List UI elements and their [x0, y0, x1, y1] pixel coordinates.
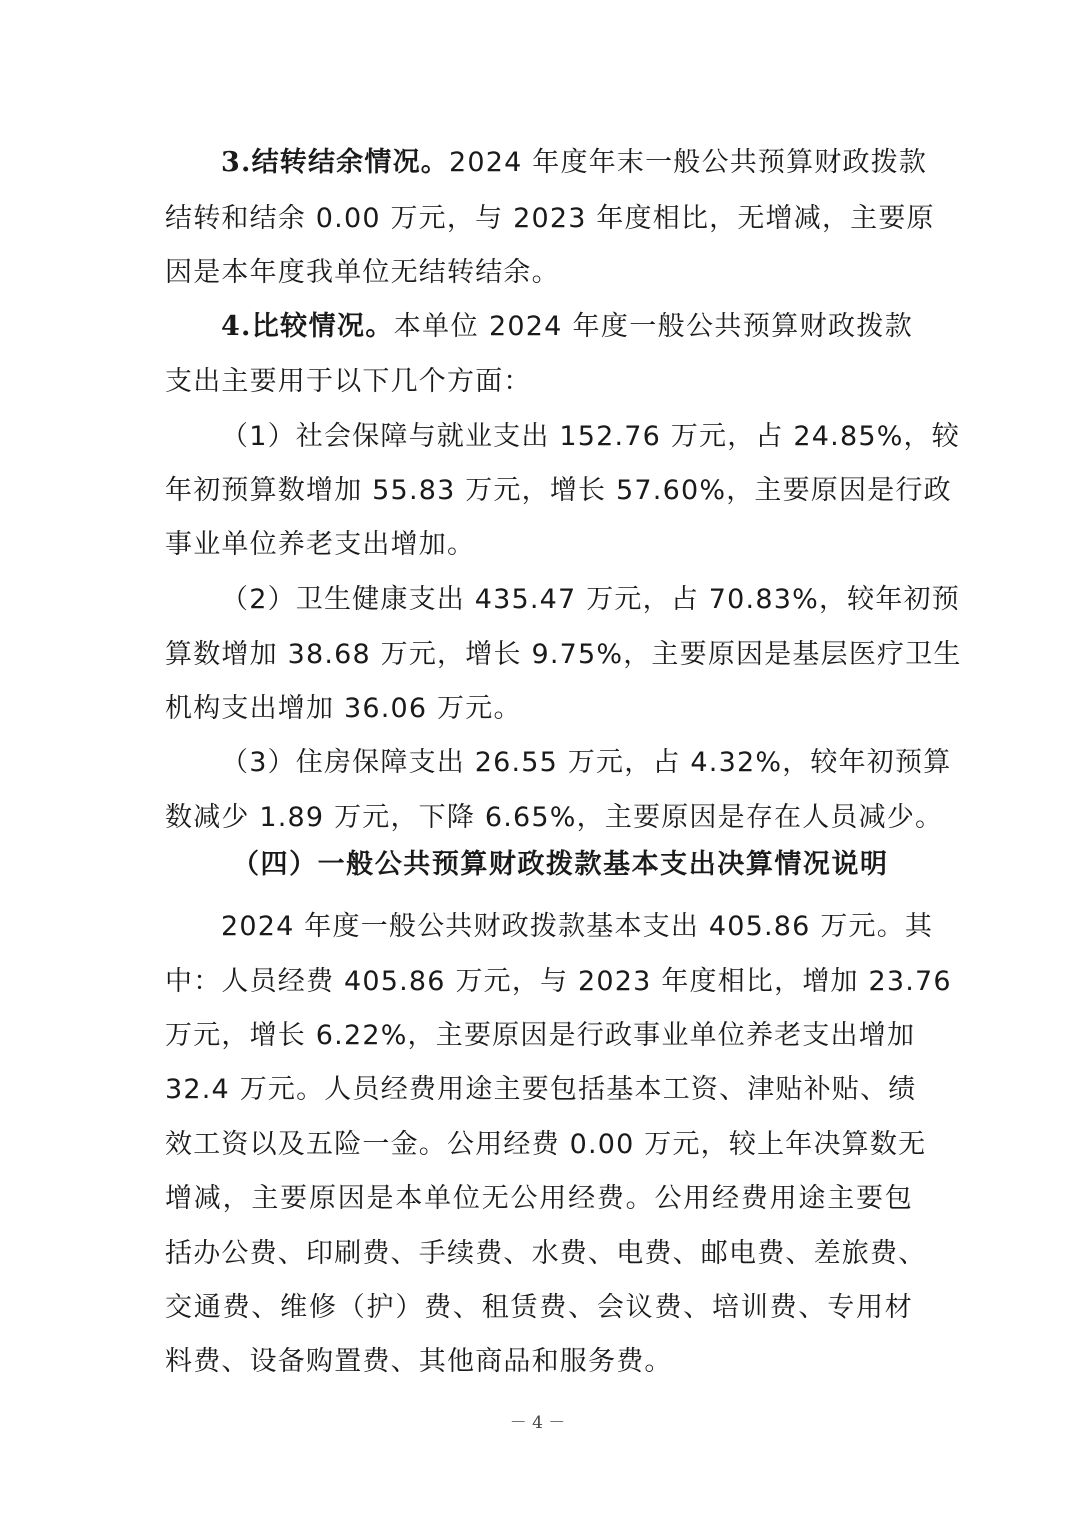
basic-expenditure-line-3: 万元，增长 6.22%，主要原因是行政事业单位养老支出增加	[165, 1019, 913, 1053]
section-heading-basic-expenditure: （四）一般公共预算财政拨款基本支出决算情况说明	[232, 848, 887, 882]
comparison-paragraph-line-2: 支出主要用于以下几个方面：	[165, 365, 913, 399]
basic-expenditure-line-8: 交通费、维修（护）费、租赁费、会议费、培训费、专用材	[165, 1291, 913, 1325]
item-2-line-3: 机构支出增加 36.06 万元。	[165, 692, 913, 726]
carryover-title: 3.结转结余情况。	[221, 147, 449, 178]
basic-expenditure-line-2: 中：人员经费 405.86 万元，与 2023 年度相比，增加 23.76	[165, 965, 913, 999]
carryover-text: 2024 年度年末一般公共预算财政拨款	[449, 147, 927, 178]
item-2-line-2: 算数增加 38.68 万元，增长 9.75%，主要原因是基层医疗卫生	[165, 638, 913, 672]
item-2-line-1: （2）卫生健康支出 435.47 万元，占 70.83%，较年初预	[221, 583, 913, 617]
basic-expenditure-line-6: 增减，主要原因是本单位无公用经费。公用经费用途主要包	[165, 1182, 913, 1216]
carryover-paragraph-line-1: 3.结转结余情况。2024 年度年末一般公共预算财政拨款	[221, 146, 913, 180]
item-3-line-2: 数减少 1.89 万元，下降 6.65%，主要原因是存在人员减少。	[165, 801, 913, 835]
item-1-line-3: 事业单位养老支出增加。	[165, 528, 913, 562]
basic-expenditure-line-5: 效工资以及五险一金。公用经费 0.00 万元，较上年决算数无	[165, 1128, 913, 1162]
comparison-paragraph-line-1: 4.比较情况。本单位 2024 年度一般公共预算财政拨款	[221, 310, 913, 344]
basic-expenditure-line-1: 2024 年度一般公共财政拨款基本支出 405.86 万元。其	[221, 910, 913, 944]
basic-expenditure-line-4: 32.4 万元。人员经费用途主要包括基本工资、津贴补贴、绩	[165, 1073, 913, 1107]
item-1-line-2: 年初预算数增加 55.83 万元，增长 57.60%，主要原因是行政	[165, 474, 913, 508]
page-number: － 4 －	[0, 1408, 1075, 1433]
carryover-paragraph-line-3: 因是本年度我单位无结转结余。	[165, 256, 913, 290]
basic-expenditure-line-7: 括办公费、印刷费、手续费、水费、电费、邮电费、差旅费、	[165, 1237, 913, 1271]
carryover-paragraph-line-2: 结转和结余 0.00 万元，与 2023 年度相比，无增减，主要原	[165, 202, 913, 236]
item-3-line-1: （3）住房保障支出 26.55 万元，占 4.32%，较年初预算	[221, 746, 913, 780]
comparison-title: 4.比较情况。	[221, 311, 394, 342]
basic-expenditure-line-9: 料费、设备购置费、其他商品和服务费。	[165, 1345, 913, 1379]
item-1-line-1: （1）社会保障与就业支出 152.76 万元，占 24.85%，较	[221, 420, 913, 454]
comparison-text: 本单位 2024 年度一般公共预算财政拨款	[394, 311, 913, 342]
document-page: 3.结转结余情况。2024 年度年末一般公共预算财政拨款 结转和结余 0.00 …	[0, 0, 1075, 1520]
